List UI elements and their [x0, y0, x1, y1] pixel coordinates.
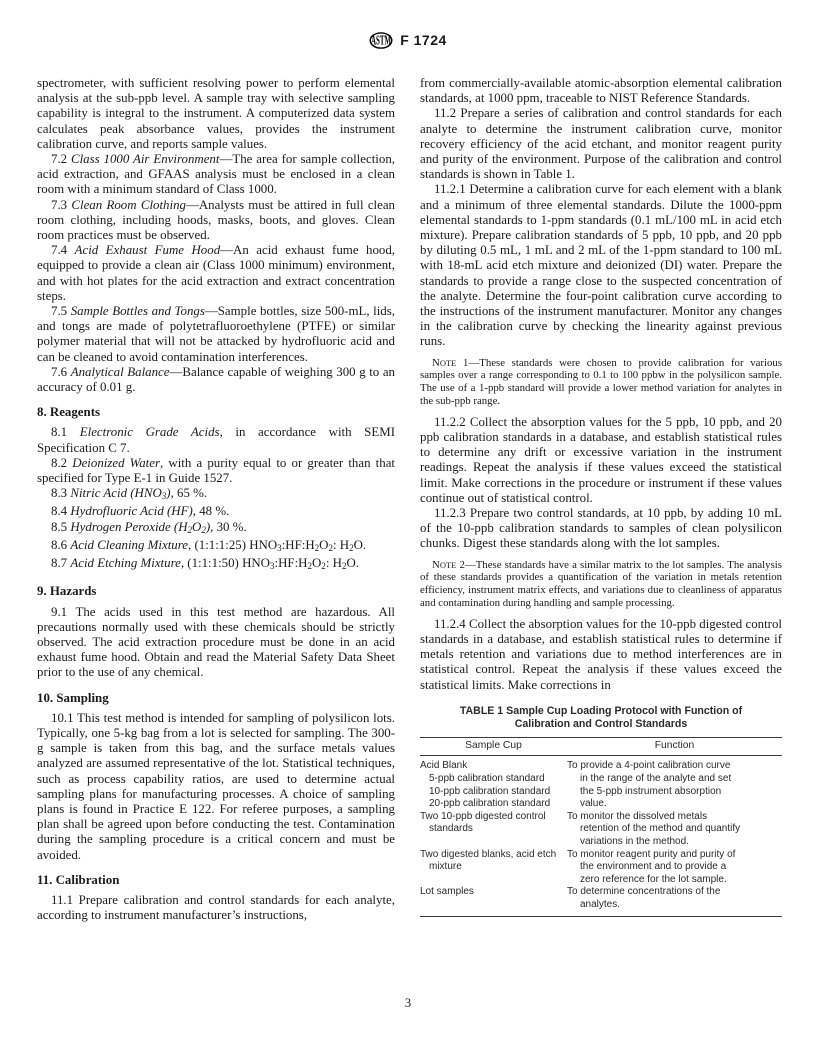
body-paragraph: 10.1 This test method is intended for sa… — [37, 711, 395, 863]
body-paragraph: 7.6 Analytical Balance—Balance capable o… — [37, 365, 395, 395]
body-paragraph: 7.2 Class 1000 Air Environment—The area … — [37, 152, 395, 198]
body-paragraph: 8.4 Hydrofluoric Acid (HF), 48 %. — [37, 504, 395, 519]
table-1: TABLE 1 Sample Cup Loading Protocol with… — [420, 705, 782, 917]
page-header: ASTM F 1724 — [0, 0, 816, 50]
table-cell-line: zero reference for the lot sample. — [567, 874, 782, 887]
body-paragraph: 7.3 Clean Room Clothing—Analysts must be… — [37, 198, 395, 244]
body-paragraph: 11.2.2 Collect the absorption values for… — [420, 415, 782, 506]
right-column: from commercially-available atomic-absor… — [420, 76, 782, 923]
table-cell-line: Two digested blanks, acid etch — [420, 849, 567, 862]
sample-cup-cell: Two digested blanks, acid etchmixture — [420, 849, 567, 887]
function-cell: To determine concentrations of theanalyt… — [567, 886, 782, 916]
table-cell-line: Acid Blank — [420, 760, 567, 773]
sample-cup-cell: Two 10-ppb digested controlstandards — [420, 811, 567, 849]
section-heading: 9. Hazards — [37, 584, 395, 599]
table-row: Two 10-ppb digested controlstandardsTo m… — [420, 811, 782, 849]
body-paragraph: 11.2.3 Prepare two control standards, at… — [420, 506, 782, 552]
column-header-function: Function — [567, 737, 782, 756]
table-cell-line: variations in the method. — [567, 836, 782, 849]
table-header-row: Sample Cup Function — [420, 737, 782, 756]
table-cell-line: Two 10-ppb digested control — [420, 811, 567, 824]
sample-cup-cell: Acid Blank5-ppb calibration standard10-p… — [420, 756, 567, 811]
body-paragraph: 7.4 Acid Exhaust Fume Hood—An acid exhau… — [37, 243, 395, 304]
table-cell-line: in the range of the analyte and set — [567, 773, 782, 786]
function-cell: To monitor reagent purity and purity oft… — [567, 849, 782, 887]
table-1-grid: Sample Cup Function Acid Blank5-ppb cali… — [420, 737, 782, 917]
table-cell-line: value. — [567, 798, 782, 811]
body-paragraph: 9.1 The acids used in this test method a… — [37, 605, 395, 681]
table-cell-line: 5-ppb calibration standard — [420, 773, 567, 786]
table-cell-line: To monitor reagent purity and purity of — [567, 849, 782, 862]
table-cell-line: analytes. — [567, 899, 782, 912]
body-paragraph: 11.2.4 Collect the absorption values for… — [420, 617, 782, 693]
table-cell-line: standards — [420, 823, 567, 836]
table-row: Lot samplesTo determine concentrations o… — [420, 886, 782, 916]
function-cell: To monitor the dissolved metalsretention… — [567, 811, 782, 849]
table-1-title: TABLE 1 Sample Cup Loading Protocol with… — [445, 705, 757, 732]
section-heading: 8. Reagents — [37, 405, 395, 420]
note-paragraph: NOTE 1—These standards were chosen to pr… — [420, 357, 782, 408]
body-paragraph: 8.2 Deionized Water, with a purity equal… — [37, 456, 395, 486]
body-paragraph: 11.2.1 Determine a calibration curve for… — [420, 182, 782, 349]
table-cell-line: retention of the method and quantify — [567, 823, 782, 836]
section-heading: 10. Sampling — [37, 691, 395, 706]
body-paragraph: 8.1 Electronic Grade Acids, in accordanc… — [37, 425, 395, 455]
function-cell: To provide a 4-point calibration curvein… — [567, 756, 782, 811]
table-row: Two digested blanks, acid etchmixtureTo … — [420, 849, 782, 887]
body-paragraph: 11.1 Prepare calibration and control sta… — [37, 893, 395, 923]
table-cell-line: To determine concentrations of the — [567, 886, 782, 899]
table-cell-line: To provide a 4-point calibration curve — [567, 760, 782, 773]
table-row: Acid Blank5-ppb calibration standard10-p… — [420, 756, 782, 811]
page-footer: 3 — [0, 996, 816, 1011]
left-column: spectrometer, with sufficient resolving … — [37, 76, 395, 923]
section-heading: 11. Calibration — [37, 873, 395, 888]
svg-text:ASTM: ASTM — [371, 33, 391, 48]
sample-cup-cell: Lot samples — [420, 886, 567, 916]
page-number: 3 — [405, 996, 411, 1010]
body-paragraph: from commercially-available atomic-absor… — [420, 76, 782, 106]
two-column-body: spectrometer, with sufficient resolving … — [0, 50, 816, 923]
body-paragraph: 11.2 Prepare a series of calibration and… — [420, 106, 782, 182]
body-paragraph: spectrometer, with sufficient resolving … — [37, 76, 395, 152]
table-cell-line: 10-ppb calibration standard — [420, 786, 567, 799]
doc-number: F 1724 — [400, 32, 447, 48]
document-page: ASTM F 1724 spectrometer, with sufficien… — [0, 0, 816, 1056]
column-header-sample-cup: Sample Cup — [420, 737, 567, 756]
astm-logo-icon: ASTM — [369, 32, 393, 49]
table-cell-line: the environment and to provide a — [567, 861, 782, 874]
table-cell-line: 20-ppb calibration standard — [420, 798, 567, 811]
note-paragraph: NOTE 2—These standards have a similar ma… — [420, 559, 782, 610]
body-paragraph: 8.3 Nitric Acid (HNO3), 65 %. — [37, 486, 395, 504]
table-cell-line: Lot samples — [420, 886, 567, 899]
body-paragraph: 8.6 Acid Cleaning Mixture, (1:1:1:25) HN… — [37, 538, 395, 556]
body-paragraph: 7.5 Sample Bottles and Tongs—Sample bott… — [37, 304, 395, 365]
right-column-text: from commercially-available atomic-absor… — [420, 76, 782, 693]
body-paragraph: 8.7 Acid Etching Mixture, (1:1:1:50) HNO… — [37, 556, 395, 574]
table-cell-line: the 5-ppb instrument absorption — [567, 786, 782, 799]
table-cell-line: mixture — [420, 861, 567, 874]
table-cell-line: To monitor the dissolved metals — [567, 811, 782, 824]
body-paragraph: 8.5 Hydrogen Peroxide (H2O2), 30 %. — [37, 520, 395, 538]
